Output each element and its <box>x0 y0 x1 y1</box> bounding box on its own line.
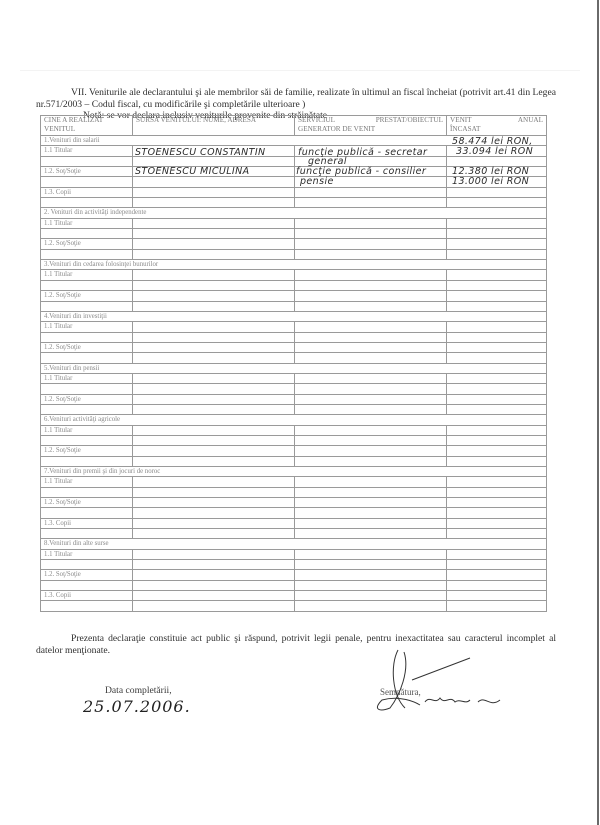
table-row: 1.2. Soţ/Soţie <box>41 570 547 580</box>
table-header-row: CINE A REALIZAT VENITUL SURSA VENITULUI:… <box>41 116 547 136</box>
table-row <box>41 456 547 466</box>
table-row: 1.2. Soţ/Soţie <box>41 394 547 404</box>
service-cell <box>295 332 447 342</box>
table-row <box>41 156 547 166</box>
table-row <box>41 229 547 239</box>
who-cell <box>41 353 133 363</box>
service-cell <box>295 394 447 404</box>
source-cell <box>133 487 295 497</box>
source-cell <box>133 177 295 187</box>
service-cell <box>295 498 447 508</box>
table-row: 1.3. Copii <box>41 591 547 601</box>
who-cell <box>41 198 133 208</box>
income-cell <box>447 591 547 601</box>
table-row <box>41 301 547 311</box>
who-cell: 1.3. Copii <box>41 187 133 197</box>
who-cell: 1.1 Titular <box>41 425 133 435</box>
source-cell <box>133 280 295 290</box>
service-cell <box>295 456 447 466</box>
source-cell <box>133 218 295 228</box>
table-row: 1.2. Soţ/Soţie <box>41 446 547 456</box>
source-cell <box>133 456 295 466</box>
who-cell <box>41 560 133 570</box>
who-cell <box>41 177 133 187</box>
source-cell <box>133 322 295 332</box>
header-who: CINE A REALIZAT VENITUL <box>41 116 133 136</box>
table-row <box>41 353 547 363</box>
source-cell <box>133 239 295 249</box>
service-cell <box>295 353 447 363</box>
table-row: 1.1 Titular <box>41 425 547 435</box>
service-cell <box>295 280 447 290</box>
service-cell <box>295 549 447 559</box>
table-row <box>41 198 547 208</box>
sot-service-handwritten-2: pensie <box>300 176 334 187</box>
date-label: Data completării, <box>105 685 172 696</box>
income-cell <box>447 435 547 445</box>
section-title: 6.Venituri activităţi agricole <box>41 415 547 425</box>
section-title: 5.Venituri din pensii <box>41 363 547 373</box>
income-cell <box>447 270 547 280</box>
service-cell <box>295 508 447 518</box>
table-row <box>41 435 547 445</box>
table-row: 1.1 Titular <box>41 477 547 487</box>
table-row: 1.1 Titular <box>41 373 547 383</box>
who-cell <box>41 487 133 497</box>
income-cell <box>447 218 547 228</box>
service-cell <box>295 322 447 332</box>
sot-income-handwritten-2: 13.000 lei RON <box>452 176 529 187</box>
table-row <box>41 249 547 259</box>
income-cell <box>447 570 547 580</box>
service-cell <box>295 425 447 435</box>
table-row <box>41 487 547 497</box>
source-cell <box>133 477 295 487</box>
source-cell <box>133 394 295 404</box>
scan-border <box>597 0 599 825</box>
income-cell <box>447 198 547 208</box>
who-cell: 1.2. Soţ/Soţie <box>41 498 133 508</box>
source-cell <box>133 249 295 259</box>
section-title: 3.Venituri din cedarea folosinţei bunuri… <box>41 260 547 270</box>
service-cell <box>295 560 447 570</box>
source-cell <box>133 591 295 601</box>
sot-source-handwritten: STOENESCU MICULINA <box>135 166 250 177</box>
table-row: 1.3. Copii <box>41 518 547 528</box>
service-cell <box>295 384 447 394</box>
source-cell <box>133 187 295 197</box>
income-cell <box>447 156 547 166</box>
section-heading: VII. Veniturile ale declarantului şi ale… <box>36 87 556 110</box>
table-row: 1.2. Soţ/Soţie <box>41 498 547 508</box>
income-cell <box>447 498 547 508</box>
table-row <box>41 601 547 611</box>
date-handwritten: 25.07.2006. <box>83 697 191 716</box>
table-row: 1.1 Titular <box>41 218 547 228</box>
income-cell <box>447 301 547 311</box>
service-cell <box>295 373 447 383</box>
source-cell <box>133 435 295 445</box>
income-cell <box>447 342 547 352</box>
table-row: 1.3. Copii <box>41 187 547 197</box>
source-cell <box>133 570 295 580</box>
source-cell <box>133 353 295 363</box>
income-cell <box>447 394 547 404</box>
source-cell <box>133 342 295 352</box>
income-cell <box>447 487 547 497</box>
source-cell <box>133 518 295 528</box>
who-cell: 1.2. Soţ/Soţie <box>41 167 133 177</box>
source-cell <box>133 301 295 311</box>
table-row: 1.2. Soţ/Soţie <box>41 342 547 352</box>
who-cell <box>41 332 133 342</box>
who-cell <box>41 508 133 518</box>
source-cell <box>133 229 295 239</box>
source-cell <box>133 425 295 435</box>
source-cell <box>133 560 295 570</box>
who-cell: 1.1 Titular <box>41 477 133 487</box>
income-cell <box>447 529 547 539</box>
service-cell <box>295 229 447 239</box>
table-row: 1.2. Soţ/Soţie <box>41 291 547 301</box>
income-cell <box>447 456 547 466</box>
who-cell: 1.1 Titular <box>41 373 133 383</box>
who-cell <box>41 301 133 311</box>
income-cell <box>447 373 547 383</box>
who-cell: 1.2. Soţ/Soţie <box>41 570 133 580</box>
source-cell <box>133 404 295 414</box>
service-cell <box>295 270 447 280</box>
service-cell <box>295 529 447 539</box>
who-cell: 1.2. Soţ/Soţie <box>41 291 133 301</box>
income-cell <box>447 446 547 456</box>
source-cell <box>133 384 295 394</box>
section-header-row: 5.Venituri din pensii <box>41 363 547 373</box>
income-cell <box>447 332 547 342</box>
income-table: CINE A REALIZAT VENITUL SURSA VENITULUI:… <box>40 115 547 612</box>
table-row: 1.2. Soţ/Soţie <box>41 239 547 249</box>
income-cell <box>447 580 547 590</box>
service-cell <box>295 291 447 301</box>
source-cell <box>133 446 295 456</box>
table-row <box>41 404 547 414</box>
income-cell <box>447 229 547 239</box>
service-cell <box>295 580 447 590</box>
source-cell <box>133 498 295 508</box>
service-cell <box>295 446 447 456</box>
income-cell <box>447 477 547 487</box>
source-cell <box>133 549 295 559</box>
header-income: VENITANUAL ÎNCASAT <box>447 116 547 136</box>
section-title: 4.Venituri din investiţii <box>41 311 547 321</box>
income-cell <box>447 508 547 518</box>
table-row <box>41 560 547 570</box>
who-cell: 1.1 Titular <box>41 322 133 332</box>
service-cell <box>295 487 447 497</box>
section-header-row: 6.Venituri activităţi agricole <box>41 415 547 425</box>
source-cell <box>133 270 295 280</box>
who-cell <box>41 529 133 539</box>
who-cell <box>41 384 133 394</box>
who-cell: 1.1 Titular <box>41 549 133 559</box>
table-row <box>41 384 547 394</box>
table-row <box>41 332 547 342</box>
who-cell: 1.1 Titular <box>41 146 133 156</box>
income-cell <box>447 280 547 290</box>
service-cell <box>295 239 447 249</box>
table-row <box>41 508 547 518</box>
who-cell: 1.3. Copii <box>41 518 133 528</box>
who-cell: 1.2. Soţ/Soţie <box>41 239 133 249</box>
who-cell <box>41 456 133 466</box>
service-cell <box>295 198 447 208</box>
service-cell <box>295 477 447 487</box>
source-cell <box>133 332 295 342</box>
service-cell <box>295 218 447 228</box>
who-cell <box>41 156 133 166</box>
income-cell <box>447 239 547 249</box>
service-cell <box>295 601 447 611</box>
who-cell <box>41 580 133 590</box>
service-cell <box>295 518 447 528</box>
section-header-row: 7.Venituri din premii şi din jocuri de n… <box>41 467 547 477</box>
table-row: 1.1 Titular <box>41 270 547 280</box>
income-cell <box>447 601 547 611</box>
header-source: SURSA VENITULUI: NUME, ADRESA <box>133 116 295 136</box>
section-header-row: 4.Venituri din investiţii <box>41 311 547 321</box>
service-cell <box>295 342 447 352</box>
service-cell <box>295 301 447 311</box>
service-cell <box>295 187 447 197</box>
income-cell <box>447 249 547 259</box>
source-cell <box>133 373 295 383</box>
section-header-row: 2. Venituri din activităţi independente <box>41 208 547 218</box>
service-cell <box>295 570 447 580</box>
source-cell <box>133 529 295 539</box>
source-cell <box>133 198 295 208</box>
source-cell <box>133 508 295 518</box>
service-cell <box>295 404 447 414</box>
section-title: 7.Venituri din premii şi din jocuri de n… <box>41 467 547 477</box>
titular-income-handwritten-2: 33.094 lei RON <box>456 146 533 157</box>
source-cell <box>133 601 295 611</box>
signature-icon <box>360 640 540 720</box>
income-cell <box>447 322 547 332</box>
table-row <box>41 280 547 290</box>
header-service: SERVICIULPRESTAT/OBIECTUL GENERATOR DE V… <box>295 116 447 136</box>
income-cell <box>447 187 547 197</box>
who-cell <box>41 249 133 259</box>
income-cell <box>447 425 547 435</box>
table-row: 1.1 Titular <box>41 549 547 559</box>
income-cell <box>447 518 547 528</box>
section-title: 2. Venituri din activităţi independente <box>41 208 547 218</box>
scan-artifact <box>20 70 580 71</box>
income-cell <box>447 291 547 301</box>
who-cell <box>41 229 133 239</box>
who-cell <box>41 280 133 290</box>
who-cell <box>41 601 133 611</box>
who-cell <box>41 435 133 445</box>
who-cell: 1.2. Soţ/Soţie <box>41 394 133 404</box>
income-cell <box>447 404 547 414</box>
section-title: 8.Venituri din alte surse <box>41 539 547 549</box>
section-header-row: 3.Venituri din cedarea folosinţei bunuri… <box>41 260 547 270</box>
source-cell <box>133 291 295 301</box>
who-cell: 1.3. Copii <box>41 591 133 601</box>
service-cell <box>295 435 447 445</box>
table-row <box>41 580 547 590</box>
income-cell <box>447 353 547 363</box>
who-cell: 1.2. Soţ/Soţie <box>41 446 133 456</box>
income-cell <box>447 384 547 394</box>
table-row <box>41 529 547 539</box>
who-cell: 1.2. Soţ/Soţie <box>41 342 133 352</box>
who-cell <box>41 404 133 414</box>
income-cell <box>447 560 547 570</box>
table-row: 1.1 Titular <box>41 322 547 332</box>
income-cell <box>447 549 547 559</box>
who-cell: 1.1 Titular <box>41 270 133 280</box>
titular-source-handwritten: STOENESCU CONSTANTIN <box>135 147 266 158</box>
who-cell: 1.1 Titular <box>41 218 133 228</box>
section-header-row: 8.Venituri din alte surse <box>41 539 547 549</box>
service-cell <box>295 249 447 259</box>
source-cell <box>133 580 295 590</box>
service-cell <box>295 591 447 601</box>
